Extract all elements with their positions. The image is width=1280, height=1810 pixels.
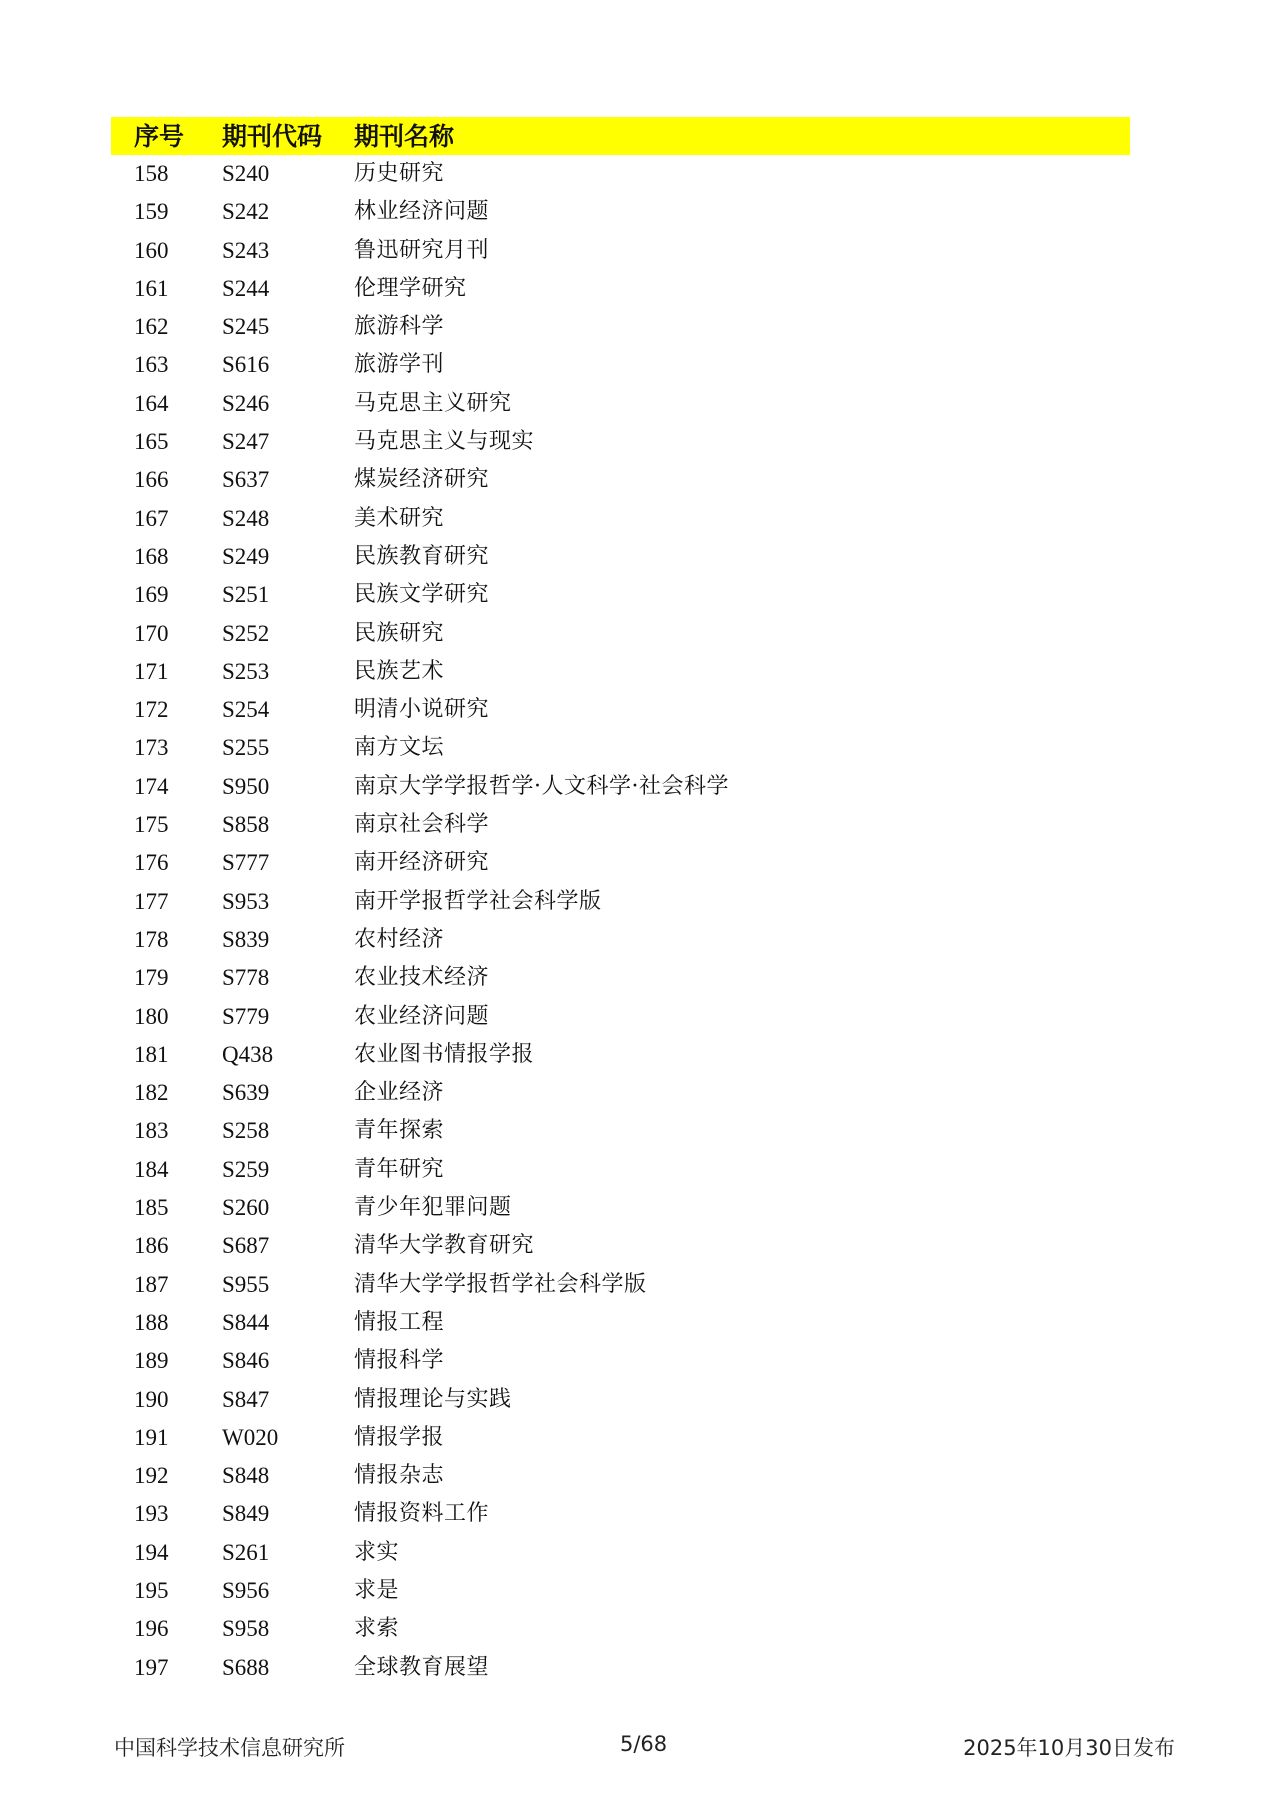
journal-name: 民族研究: [354, 615, 444, 653]
table-row: 194S261求实: [0, 1534, 1280, 1572]
table-row: 164S246马克思主义研究: [0, 385, 1280, 423]
table-row: 191W020情报学报: [0, 1419, 1280, 1457]
journal-name: 旅游科学: [354, 308, 444, 346]
journal-code: S637: [222, 461, 269, 499]
page-footer: 中国科学技术信息研究所 5/68 2025年10月30日发布: [0, 1732, 1280, 1762]
journal-code: S849: [222, 1495, 269, 1533]
row-number: 176: [134, 844, 169, 882]
journal-name: 南方文坛: [354, 729, 444, 767]
journal-code: S688: [222, 1649, 269, 1687]
table-row: 167S248美术研究: [0, 500, 1280, 538]
table-row: 183S258青年探索: [0, 1112, 1280, 1150]
table-row: 168S249民族教育研究: [0, 538, 1280, 576]
journal-name: 美术研究: [354, 500, 444, 538]
journal-code: S259: [222, 1151, 269, 1189]
table-row: 166S637煤炭经济研究: [0, 461, 1280, 499]
table-row: 169S251民族文学研究: [0, 576, 1280, 614]
table-row: 176S777南开经济研究: [0, 844, 1280, 882]
journal-name: 企业经济: [354, 1074, 444, 1112]
table-row: 195S956求是: [0, 1572, 1280, 1610]
journal-name: 旅游学刊: [354, 346, 444, 384]
journal-name: 南京社会科学: [354, 806, 489, 844]
journal-name: 南开学报哲学社会科学版: [354, 883, 602, 921]
table-row: 171S253民族艺术: [0, 653, 1280, 691]
journal-code: S844: [222, 1304, 269, 1342]
row-number: 165: [134, 423, 169, 461]
table-row: 162S245旅游科学: [0, 308, 1280, 346]
table-row: 192S848情报杂志: [0, 1457, 1280, 1495]
journal-name: 青少年犯罪问题: [354, 1189, 512, 1227]
journal-code: S848: [222, 1457, 269, 1495]
journal-name: 伦理学研究: [354, 270, 467, 308]
row-number: 177: [134, 883, 169, 921]
row-number: 180: [134, 998, 169, 1036]
table-row: 187S955清华大学学报哲学社会科学版: [0, 1266, 1280, 1304]
journal-code: S246: [222, 385, 269, 423]
row-number: 185: [134, 1189, 169, 1227]
row-number: 171: [134, 653, 169, 691]
row-number: 188: [134, 1304, 169, 1342]
row-number: 173: [134, 729, 169, 767]
row-number: 191: [134, 1419, 169, 1457]
journal-code: S846: [222, 1342, 269, 1380]
journal-code: Q438: [222, 1036, 273, 1074]
journal-name: 马克思主义研究: [354, 385, 512, 423]
row-number: 184: [134, 1151, 169, 1189]
journal-code: S240: [222, 155, 269, 193]
journal-name: 马克思主义与现实: [354, 423, 534, 461]
table-row: 175S858南京社会科学: [0, 806, 1280, 844]
journal-code: S247: [222, 423, 269, 461]
row-number: 193: [134, 1495, 169, 1533]
journal-code: S956: [222, 1572, 269, 1610]
journal-code: S255: [222, 729, 269, 767]
row-number: 158: [134, 155, 169, 193]
table-row: 181Q438农业图书情报学报: [0, 1036, 1280, 1074]
journal-table-body: 158S240历史研究159S242林业经济问题160S243鲁迅研究月刊161…: [0, 155, 1280, 1687]
journal-code: S858: [222, 806, 269, 844]
journal-code: S616: [222, 346, 269, 384]
journal-name: 农业经济问题: [354, 998, 489, 1036]
journal-code: S244: [222, 270, 269, 308]
journal-name: 青年研究: [354, 1151, 444, 1189]
journal-code: S777: [222, 844, 269, 882]
footer-page-number: 5/68: [620, 1732, 667, 1756]
footer-organization: 中国科学技术信息研究所: [114, 1732, 345, 1762]
row-number: 190: [134, 1381, 169, 1419]
row-number: 159: [134, 193, 169, 231]
journal-code: S839: [222, 921, 269, 959]
journal-code: S847: [222, 1381, 269, 1419]
table-row: 188S844情报工程: [0, 1304, 1280, 1342]
journal-code: S260: [222, 1189, 269, 1227]
row-number: 170: [134, 615, 169, 653]
table-row: 179S778农业技术经济: [0, 959, 1280, 997]
table-row: 186S687清华大学教育研究: [0, 1227, 1280, 1265]
row-number: 178: [134, 921, 169, 959]
journal-name: 情报杂志: [354, 1457, 444, 1495]
row-number: 169: [134, 576, 169, 614]
journal-name: 南开经济研究: [354, 844, 489, 882]
row-number: 160: [134, 232, 169, 270]
journal-code: S254: [222, 691, 269, 729]
row-number: 192: [134, 1457, 169, 1495]
journal-name: 南京大学学报哲学·人文科学·社会科学: [354, 768, 729, 806]
journal-name: 林业经济问题: [354, 193, 489, 231]
journal-name: 农业图书情报学报: [354, 1036, 534, 1074]
table-header: 序号 期刊代码 期刊名称: [111, 117, 1130, 155]
row-number: 162: [134, 308, 169, 346]
table-row: 178S839农村经济: [0, 921, 1280, 959]
table-row: 170S252民族研究: [0, 615, 1280, 653]
journal-name: 煤炭经济研究: [354, 461, 489, 499]
row-number: 167: [134, 500, 169, 538]
journal-name: 农业技术经济: [354, 959, 489, 997]
column-header-number: 序号: [134, 117, 184, 155]
row-number: 195: [134, 1572, 169, 1610]
table-row: 172S254明清小说研究: [0, 691, 1280, 729]
row-number: 181: [134, 1036, 169, 1074]
row-number: 187: [134, 1266, 169, 1304]
table-row: 158S240历史研究: [0, 155, 1280, 193]
journal-name: 情报科学: [354, 1342, 444, 1380]
journal-name: 求索: [354, 1610, 399, 1648]
journal-code: S779: [222, 998, 269, 1036]
journal-code: S955: [222, 1266, 269, 1304]
journal-code: S950: [222, 768, 269, 806]
journal-name: 民族艺术: [354, 653, 444, 691]
row-number: 163: [134, 346, 169, 384]
journal-code: W020: [222, 1419, 278, 1457]
table-row: 196S958求索: [0, 1610, 1280, 1648]
table-row: 174S950南京大学学报哲学·人文科学·社会科学: [0, 768, 1280, 806]
row-number: 197: [134, 1649, 169, 1687]
row-number: 161: [134, 270, 169, 308]
row-number: 166: [134, 461, 169, 499]
table-row: 197S688全球教育展望: [0, 1649, 1280, 1687]
journal-name: 清华大学教育研究: [354, 1227, 534, 1265]
row-number: 196: [134, 1610, 169, 1648]
journal-name: 情报工程: [354, 1304, 444, 1342]
journal-name: 情报学报: [354, 1419, 444, 1457]
table-row: 163S616旅游学刊: [0, 346, 1280, 384]
row-number: 183: [134, 1112, 169, 1150]
row-number: 175: [134, 806, 169, 844]
row-number: 172: [134, 691, 169, 729]
journal-code: S953: [222, 883, 269, 921]
row-number: 189: [134, 1342, 169, 1380]
column-header-name: 期刊名称: [354, 117, 454, 155]
journal-code: S253: [222, 653, 269, 691]
table-row: 180S779农业经济问题: [0, 998, 1280, 1036]
journal-name: 鲁迅研究月刊: [354, 232, 489, 270]
journal-name: 历史研究: [354, 155, 444, 193]
row-number: 186: [134, 1227, 169, 1265]
journal-code: S778: [222, 959, 269, 997]
journal-name: 民族教育研究: [354, 538, 489, 576]
journal-code: S248: [222, 500, 269, 538]
row-number: 164: [134, 385, 169, 423]
table-row: 190S847情报理论与实践: [0, 1381, 1280, 1419]
journal-code: S242: [222, 193, 269, 231]
row-number: 179: [134, 959, 169, 997]
table-row: 182S639企业经济: [0, 1074, 1280, 1112]
row-number: 194: [134, 1534, 169, 1572]
table-row: 165S247马克思主义与现实: [0, 423, 1280, 461]
table-row: 160S243鲁迅研究月刊: [0, 232, 1280, 270]
journal-code: S639: [222, 1074, 269, 1112]
document-page: 序号 期刊代码 期刊名称 158S240历史研究159S242林业经济问题160…: [0, 0, 1280, 1810]
journal-name: 求实: [354, 1534, 399, 1572]
table-row: 189S846情报科学: [0, 1342, 1280, 1380]
table-row: 177S953南开学报哲学社会科学版: [0, 883, 1280, 921]
journal-name: 全球教育展望: [354, 1649, 489, 1687]
journal-code: S687: [222, 1227, 269, 1265]
journal-code: S252: [222, 615, 269, 653]
row-number: 182: [134, 1074, 169, 1112]
journal-code: S245: [222, 308, 269, 346]
table-row: 185S260青少年犯罪问题: [0, 1189, 1280, 1227]
journal-name: 明清小说研究: [354, 691, 489, 729]
table-row: 184S259青年研究: [0, 1151, 1280, 1189]
journal-code: S243: [222, 232, 269, 270]
column-header-code: 期刊代码: [222, 117, 322, 155]
journal-code: S958: [222, 1610, 269, 1648]
table-row: 173S255南方文坛: [0, 729, 1280, 767]
journal-code: S261: [222, 1534, 269, 1572]
row-number: 168: [134, 538, 169, 576]
journal-name: 青年探索: [354, 1112, 444, 1150]
journal-code: S258: [222, 1112, 269, 1150]
table-row: 161S244伦理学研究: [0, 270, 1280, 308]
journal-code: S251: [222, 576, 269, 614]
journal-name: 清华大学学报哲学社会科学版: [354, 1266, 647, 1304]
journal-code: S249: [222, 538, 269, 576]
journal-name: 情报理论与实践: [354, 1381, 512, 1419]
table-row: 159S242林业经济问题: [0, 193, 1280, 231]
journal-name: 农村经济: [354, 921, 444, 959]
table-row: 193S849情报资料工作: [0, 1495, 1280, 1533]
journal-name: 求是: [354, 1572, 399, 1610]
journal-name: 民族文学研究: [354, 576, 489, 614]
footer-publish-date: 2025年10月30日发布: [963, 1732, 1175, 1762]
row-number: 174: [134, 768, 169, 806]
journal-name: 情报资料工作: [354, 1495, 489, 1533]
